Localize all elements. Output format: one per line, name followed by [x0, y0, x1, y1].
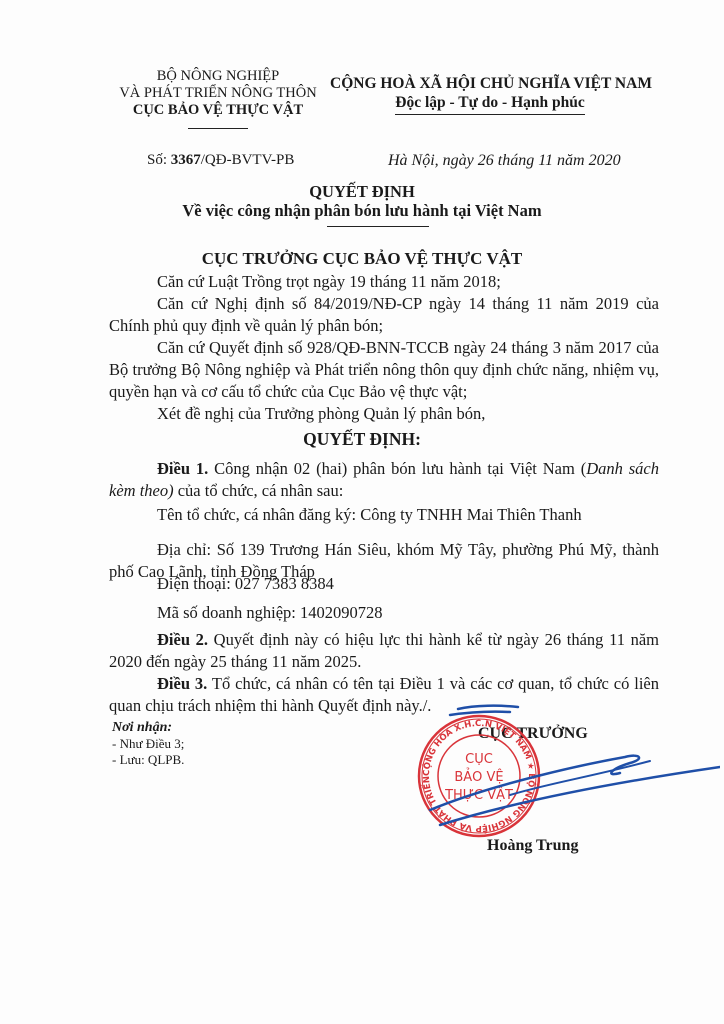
- document-subject: Về việc công nhận phân bón lưu hành tại …: [0, 201, 724, 221]
- authority-heading: CỤC TRƯỞNG CỤC BẢO VỆ THỰC VẬT: [0, 249, 724, 269]
- article-1: Điều 1. Công nhận 02 (hai) phân bón lưu …: [109, 458, 659, 502]
- number-suffix: /QĐ-BVTV-PB: [201, 152, 295, 168]
- title-divider: [327, 226, 429, 227]
- article-2: Điều 2. Quyết định này có hiệu lực thi h…: [109, 629, 659, 673]
- basis-3-text: Căn cứ Quyết định số 928/QĐ-BNN-TCCB ngà…: [109, 338, 659, 401]
- recipient-item: - Lưu: QLPB.: [112, 752, 184, 768]
- recipient-item: - Như Điều 3;: [112, 736, 184, 752]
- place-date: Hà Nội, ngày 26 tháng 11 năm 2020: [388, 152, 621, 170]
- number-prefix: Số:: [147, 152, 171, 168]
- article-1-label: Điều 1.: [157, 459, 208, 478]
- basis-4-text: Xét đề nghị của Trưởng phòng Quản lý phâ…: [157, 404, 485, 423]
- national-header: CỘNG HOÀ XÃ HỘI CHỦ NGHĨA VIỆT NAM Độc l…: [330, 74, 650, 115]
- recipients-label: Nơi nhận:: [112, 720, 184, 736]
- basis-4: Xét đề nghị của Trưởng phòng Quản lý phâ…: [109, 403, 659, 425]
- basis-1: Căn cứ Luật Trồng trọt ngày 19 tháng 11 …: [109, 271, 659, 293]
- signer-name: Hoàng Trung: [487, 837, 578, 855]
- document-title: QUYẾT ĐỊNH: [0, 182, 724, 202]
- header-left-divider: [188, 128, 248, 129]
- basis-3: Căn cứ Quyết định số 928/QĐ-BNN-TCCB ngà…: [109, 337, 659, 403]
- document-number: Số: 3367/QĐ-BVTV-PB: [147, 152, 294, 169]
- ministry-line2: VÀ PHÁT TRIỂN NÔNG THÔN: [118, 85, 318, 102]
- basis-2-text: Căn cứ Nghị định số 84/2019/NĐ-CP ngày 1…: [109, 294, 659, 335]
- department-name: CỤC BẢO VỆ THỰC VẬT: [118, 102, 318, 119]
- recipients-block: Nơi nhận: - Như Điều 3; - Lưu: QLPB.: [112, 720, 184, 768]
- article-1-text: Công nhận 02 (hai) phân bón lưu hành tại…: [208, 459, 586, 478]
- national-motto: Độc lập - Tự do - Hạnh phúc: [395, 93, 584, 115]
- registrant-phone: Điện thoại: 027 7383 8384: [157, 574, 334, 594]
- ministry-line1: BỘ NÔNG NGHIỆP: [118, 68, 318, 85]
- signature-icon: [420, 695, 720, 845]
- registrant-business-code: Mã số doanh nghiệp: 1402090728: [157, 603, 382, 623]
- nation-name: CỘNG HOÀ XÃ HỘI CHỦ NGHĨA VIỆT NAM: [330, 74, 650, 93]
- issuing-agency: BỘ NÔNG NGHIỆP VÀ PHÁT TRIỂN NÔNG THÔN C…: [118, 68, 318, 129]
- number-value: 3367: [171, 152, 201, 168]
- basis-2: Căn cứ Nghị định số 84/2019/NĐ-CP ngày 1…: [109, 293, 659, 337]
- article-1-text2: của tổ chức, cá nhân sau:: [174, 481, 344, 500]
- basis-1-text: Căn cứ Luật Trồng trọt ngày 19 tháng 11 …: [157, 272, 501, 291]
- article-2-label: Điều 2.: [157, 630, 208, 649]
- decision-heading: QUYẾT ĐỊNH:: [0, 429, 724, 450]
- registrant-name: Tên tổ chức, cá nhân đăng ký: Công ty TN…: [157, 505, 582, 525]
- article-3-label: Điều 3.: [157, 674, 207, 693]
